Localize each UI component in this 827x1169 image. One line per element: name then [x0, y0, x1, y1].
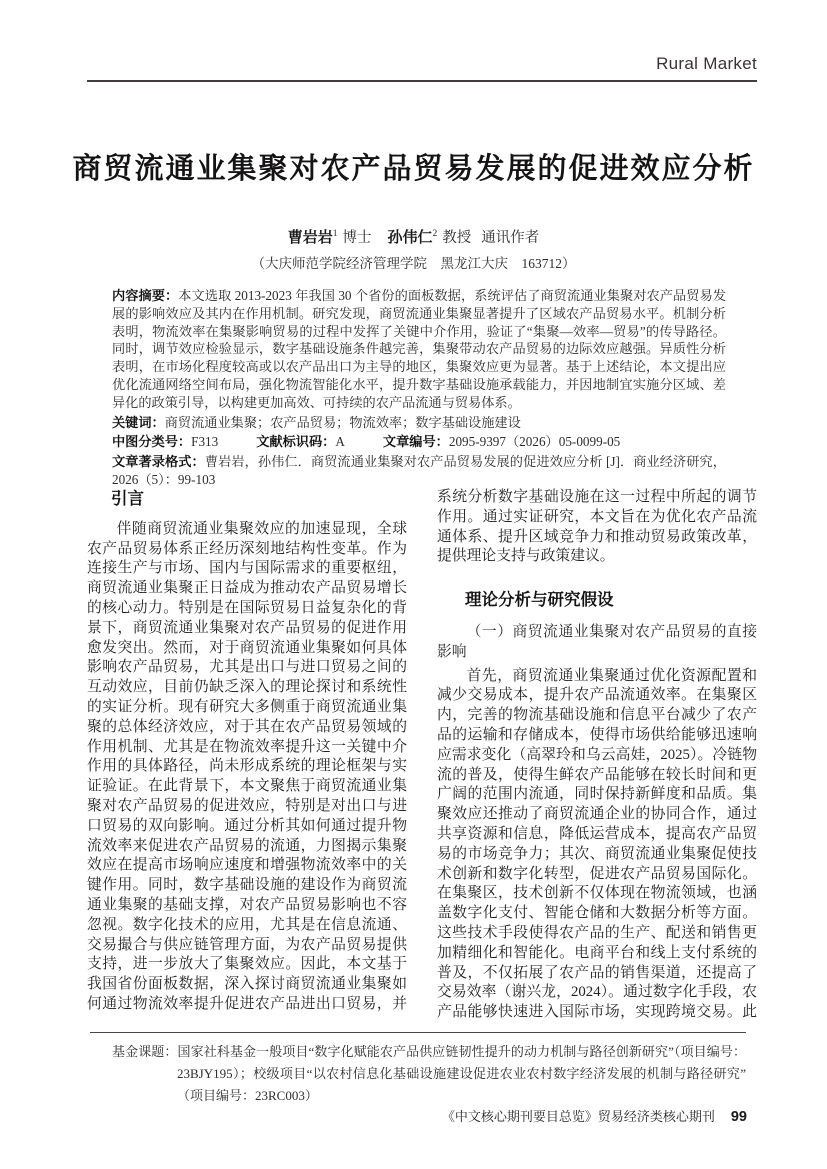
article-body: 引言 伴随商贸流通业集聚效应的加速显现，全球农产品贸易体系正经历深刻地结构性变革…: [87, 488, 757, 1024]
clc-pair: 中图分类号：F313: [112, 434, 218, 449]
abstract-label: 内容摘要：: [112, 288, 178, 303]
intro-heading: 引言: [111, 490, 407, 510]
author-1-superscript: 1: [333, 229, 338, 239]
corresponding-author-label: 通讯作者: [481, 230, 539, 246]
doc-code-value: A: [335, 434, 345, 449]
footer-journal-note: 《中文核心期刊要目总览》贸易经济类核心期刊: [442, 1109, 715, 1124]
page-title: 商贸流通业集聚对农产品贸易发展的促进效应分析: [0, 146, 827, 187]
funding-label: 基金课题：: [112, 1044, 178, 1059]
article-id-pair: 文章编号：2095-9397（2026）05-0099-05: [383, 434, 620, 449]
affiliation: （大庆师范学院经济管理学院 黑龙江大庆 163712）: [0, 252, 827, 272]
citation-text: 曹岩岩，孙伟仁．商贸流通业集聚对农产品贸易发展的促进效应分析 [J]．商业经济研…: [112, 454, 726, 487]
abstract-block: 内容摘要：本文选取 2013-2023 年我国 30 个省份的面板数据，系统评估…: [112, 285, 726, 489]
citation-row: 文章著录格式：曹岩岩，孙伟仁．商贸流通业集聚对农产品贸易发展的促进效应分析 [J…: [112, 453, 726, 489]
header-divider: [87, 80, 757, 82]
page-number: 99: [731, 1109, 747, 1125]
authors-line: 曹岩岩1博士孙伟仁2教授通讯作者: [0, 226, 827, 247]
clc-value: F313: [191, 434, 218, 449]
section-1-heading: 理论分析与研究假设: [465, 591, 757, 611]
classification-row: 中图分类号：F313文献标识码：A文章编号：2095-9397（2026）05-…: [112, 433, 726, 451]
author-2-role: 教授: [442, 230, 471, 246]
author-2: 孙伟仁2教授: [388, 230, 472, 246]
journal-page: Rural Market 商贸流通业集聚对农产品贸易发展的促进效应分析 曹岩岩1…: [0, 0, 827, 1169]
citation-label: 文章著录格式：: [112, 454, 205, 469]
article-id-label: 文章编号：: [383, 434, 449, 449]
keywords-label: 关键词：: [112, 415, 165, 430]
author-2-name: 孙伟仁: [388, 229, 433, 246]
clc-label: 中图分类号：: [112, 434, 191, 449]
journal-section-label: Rural Market: [656, 54, 757, 74]
keywords-row: 关键词：商贸流通业集聚；农产品贸易；物流效率；数字基础设施建设: [112, 414, 726, 432]
footnote-divider: [90, 1032, 746, 1033]
doc-code-pair: 文献标识码：A: [256, 434, 345, 449]
keywords-text: 商贸流通业集聚；农产品贸易；物流效率；数字基础设施建设: [165, 415, 521, 430]
abstract-paragraph: 内容摘要：本文选取 2013-2023 年我国 30 个省份的面板数据，系统评估…: [112, 287, 726, 412]
abstract-text: 本文选取 2013-2023 年我国 30 个省份的面板数据，系统评估了商贸流通…: [112, 288, 726, 410]
author-1-role: 博士: [343, 230, 372, 246]
author-1: 曹岩岩1博士: [288, 230, 372, 246]
author-2-superscript: 2: [433, 229, 438, 239]
page-footer: 《中文核心期刊要目总览》贸易经济类核心期刊99: [442, 1106, 747, 1125]
doc-code-label: 文献标识码：: [256, 434, 335, 449]
section-1-subheading: （一）商贸流通业集聚对农产品贸易的直接影响: [437, 623, 757, 663]
article-id-value: 2095-9397（2026）05-0099-05: [449, 434, 620, 449]
funding-footnote: 基金课题：国家社科基金一般项目“数字化赋能农产品供应链韧性提升的动力机制与路径创…: [112, 1041, 746, 1107]
funding-text: 国家社科基金一般项目“数字化赋能农产品供应链韧性提升的动力机制与路径创新研究”（…: [177, 1044, 746, 1103]
author-1-name: 曹岩岩: [288, 229, 333, 246]
section-1-paragraph: 首先，商贸流通业集聚通过优化资源配置和减少交易成本，提升农产品流通效率。在集聚区…: [437, 488, 757, 1024]
